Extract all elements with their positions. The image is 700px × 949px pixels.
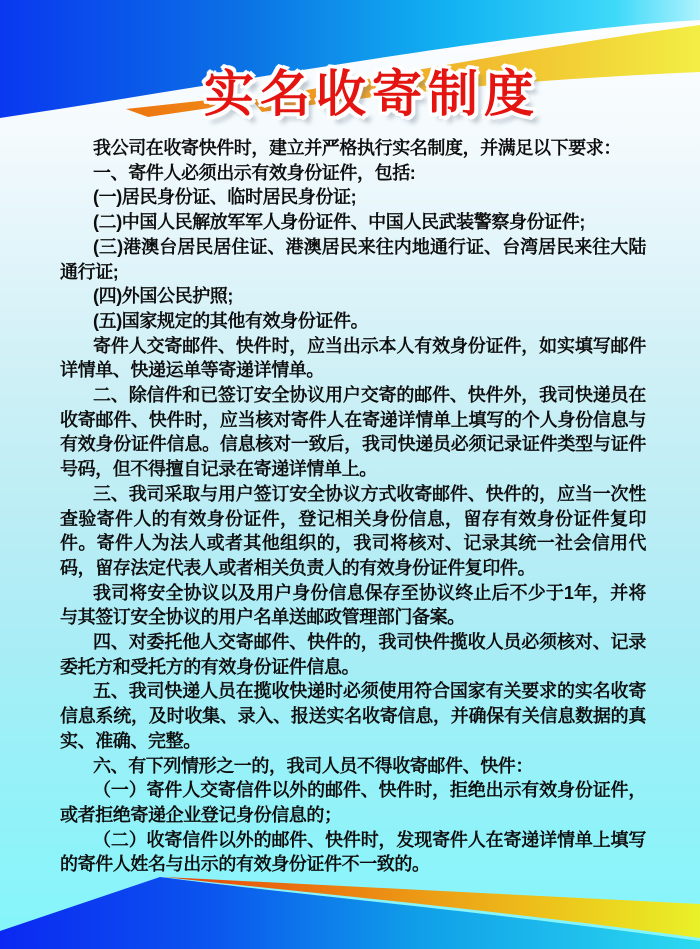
paragraph: 三、我司采取与用户签订安全协议方式收寄邮件、快件的，应当一次性查验寄件人的有效身… [60, 482, 646, 581]
paragraph: 四、对委托他人交寄邮件、快件的，我司快件揽收人员必须核对、记录委托方和受托方的有… [60, 630, 646, 679]
poster-body: 我公司在收寄快件时，建立并严格执行实名制度，并满足以下要求：一、寄件人必须出示有… [60, 136, 646, 877]
paragraph: 我司将安全协议以及用户身份信息保存至协议终止后不少于1年，并将与其签订安全协议的… [60, 581, 646, 630]
paragraph: 二、除信件和已签订安全协议用户交寄的邮件、快件外，我司快递员在收寄邮件、快件时，… [60, 383, 646, 482]
paragraph: 一、寄件人必须出示有效身份证件，包括: [60, 161, 646, 186]
poster-root: 实名收寄制度 我公司在收寄快件时，建立并严格执行实名制度，并满足以下要求：一、寄… [0, 0, 700, 949]
paragraph: (五)国家规定的其他有效身份证件。 [60, 309, 646, 334]
paragraph: （二）收寄信件以外的邮件、快件时，发现寄件人在寄递详情单上填写的寄件人姓名与出示… [60, 828, 646, 877]
paragraph: 我公司在收寄快件时，建立并严格执行实名制度，并满足以下要求： [60, 136, 646, 161]
paragraph: (三)港澳台居民居住证、港澳居民来往内地通行证、台湾居民来往大陆通行证; [60, 235, 646, 284]
paragraph: （一）寄件人交寄信件以外的邮件、快件时，拒绝出示有效身份证件，或者拒绝寄递企业登… [60, 778, 646, 827]
paragraph: (一)居民身份证、临时居民身份证; [60, 185, 646, 210]
paragraph: 寄件人交寄邮件、快件时，应当出示本人有效身份证件，如实填写邮件详情单、快递运单等… [60, 334, 646, 383]
paragraph: 六、有下列情形之一的，我司人员不得收寄邮件、快件： [60, 754, 646, 779]
paragraph: (四)外国公民护照; [60, 284, 646, 309]
paragraph: 五、我司快递人员在揽收快递时必须使用符合国家有关要求的实名收寄信息系统，及时收集… [60, 679, 646, 753]
paragraph: (二)中国人民解放军军人身份证件、中国人民武装警察身份证件; [60, 210, 646, 235]
poster-title: 实名收寄制度 [22, 66, 700, 122]
